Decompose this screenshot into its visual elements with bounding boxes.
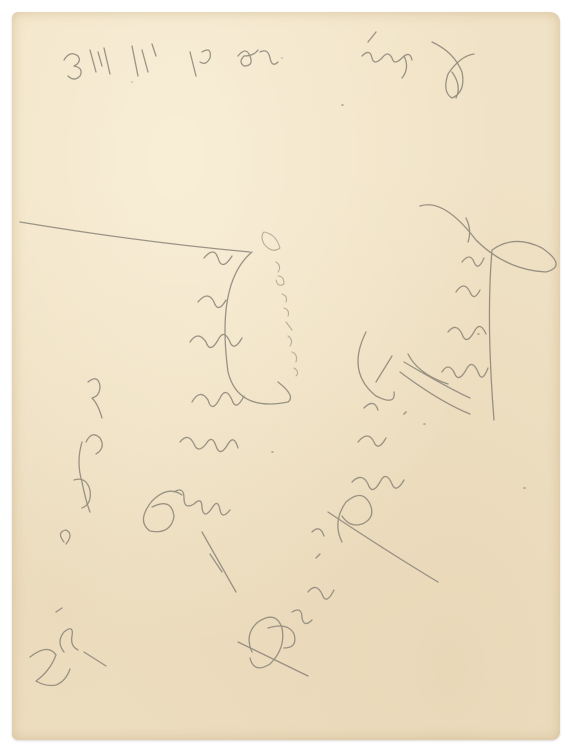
inverted-date-line	[64, 32, 474, 98]
word-erinnerung	[143, 252, 244, 592]
pencil-handwriting	[12, 12, 560, 740]
top-inverted-line: Schweinf... den 21.11.15	[0, 0, 1, 1]
word-heinrich	[400, 205, 556, 420]
card-text-transcription: Schweinf... den 21.11.15 Zur Erinnerung …	[0, 0, 1, 1]
word-treuer	[328, 332, 438, 582]
paper-specks	[272, 105, 525, 488]
photographie-stamp	[262, 232, 298, 376]
word-lieben	[60, 379, 102, 544]
photo-card-back	[12, 12, 560, 740]
flourish-left	[20, 82, 290, 404]
word-zur	[30, 608, 106, 686]
word-dein	[238, 529, 334, 676]
